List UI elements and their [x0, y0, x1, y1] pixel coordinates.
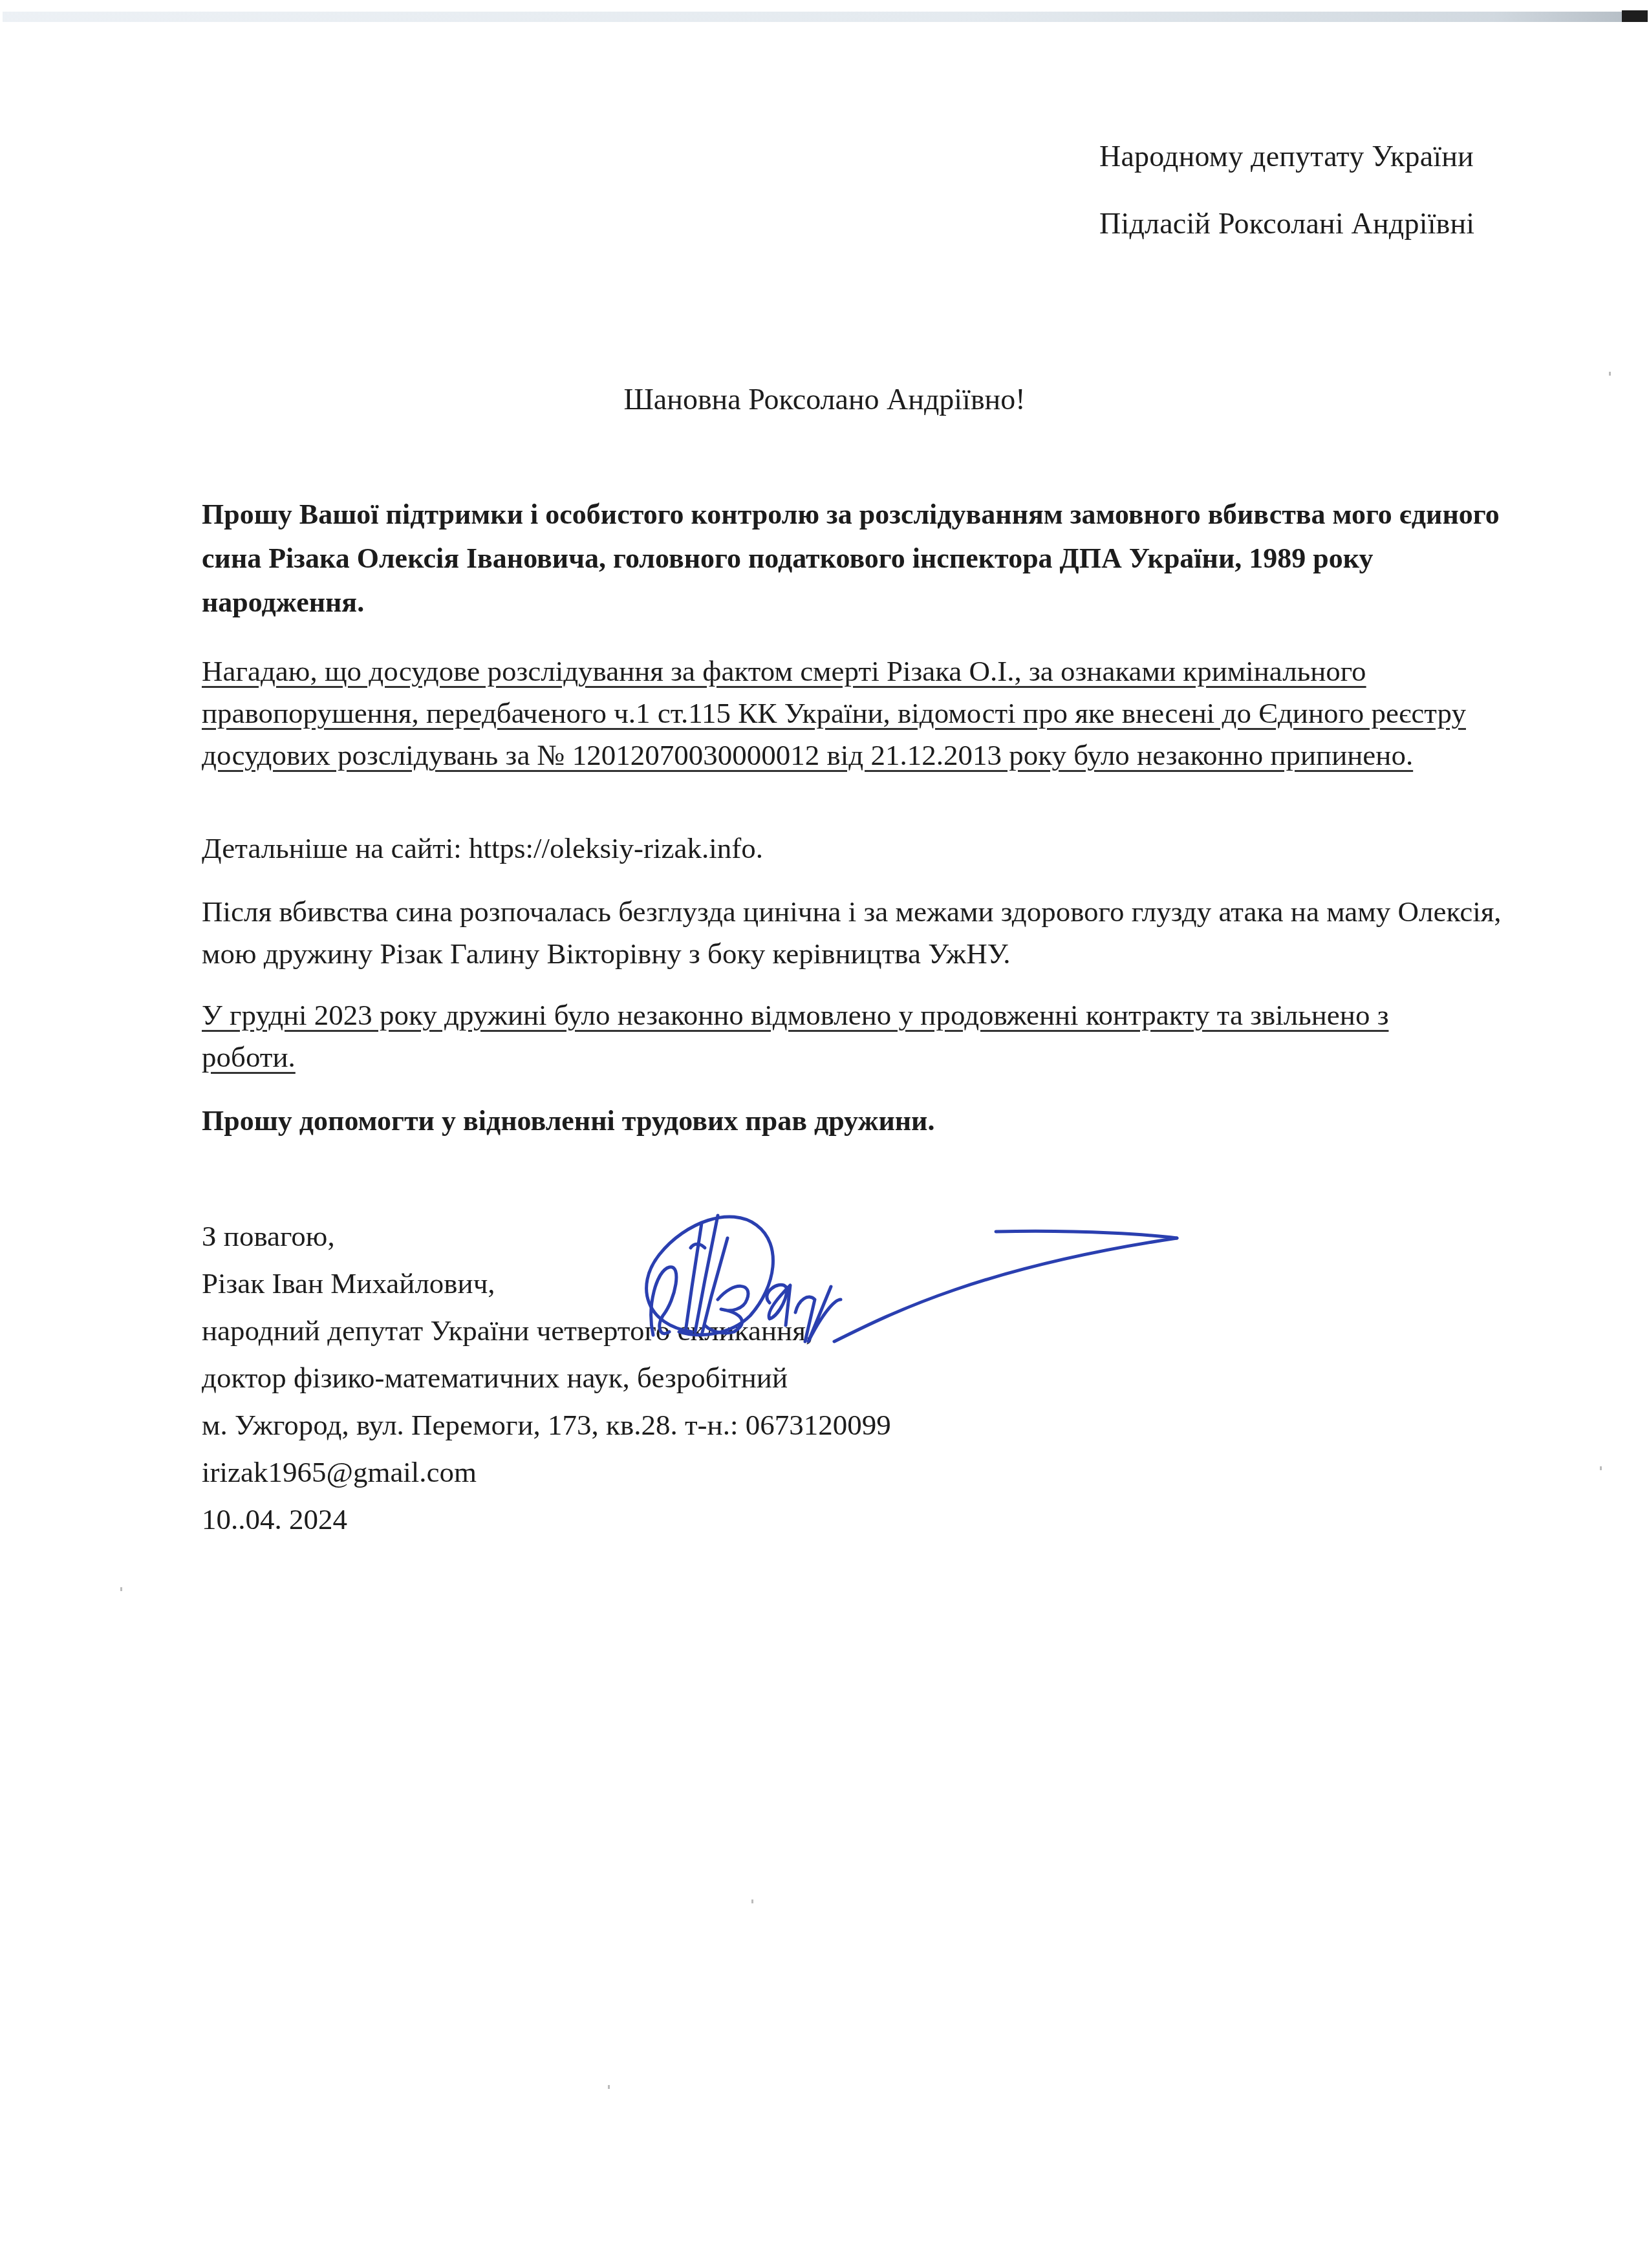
paragraph-attack: Після вбивства сина розпочалась безглузд…: [202, 891, 1514, 975]
paragraph-request-support: Прошу Вашої підтримки і особистого контр…: [202, 493, 1514, 625]
paragraph-website: Детальніше на сайті: https://oleksiy-riz…: [202, 828, 1514, 870]
addressee-line-position: Народному депутату України: [1099, 123, 1474, 190]
scan-speck: [1609, 372, 1611, 376]
scan-speck: [120, 1587, 122, 1591]
addressee-block: Народному депутату України Підласій Рокс…: [1099, 123, 1474, 257]
scan-speck: [751, 1899, 753, 1903]
scan-corner-artifact: [1622, 10, 1648, 22]
addressee-line-name: Підласій Роксолані Андріївні: [1099, 190, 1474, 257]
handwritten-signature-icon: [621, 1203, 1203, 1377]
scan-speck: [1600, 1466, 1602, 1470]
paragraph-request-help: Прошу допомогти у відновленні трудових п…: [202, 1099, 1514, 1143]
scan-speck: [608, 2085, 610, 2089]
paragraph-dismissal: У грудні 2023 року дружині було незаконн…: [202, 994, 1398, 1078]
paragraph-investigation-note: Нагадаю, що досудове розслідування за фа…: [202, 650, 1514, 776]
scan-edge-artifact: [3, 12, 1623, 22]
signoff-email: irizak1965@gmail.com: [202, 1449, 891, 1496]
signoff-date: 10..04. 2024: [202, 1496, 891, 1543]
signoff-address: м. Ужгород, вул. Перемоги, 173, кв.28. т…: [202, 1402, 891, 1449]
greeting: Шановна Роксолано Андріївно!: [0, 380, 1649, 419]
